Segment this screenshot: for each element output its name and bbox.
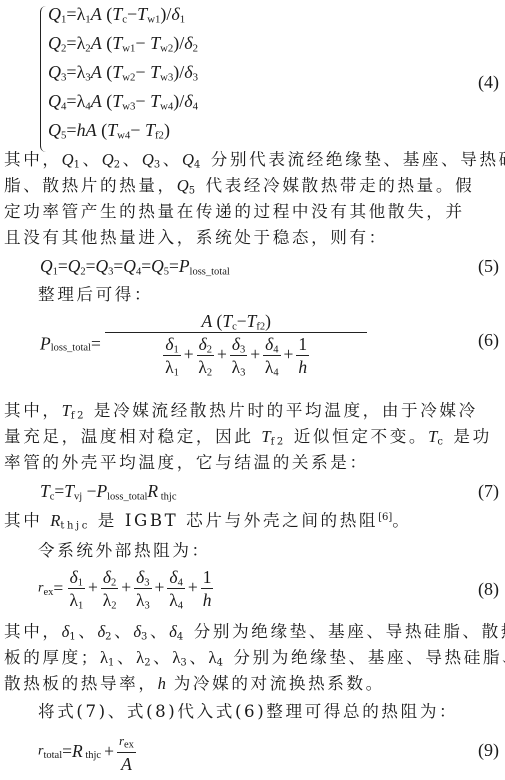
paragraph-line: 其中，Q1、Q2、Q3、Q4 分别代表流经绝缘垫、基座、导热硅 [4,147,505,173]
equation-4-line-1: Q1=λ1A (Tc−Tw1)/δ1 [48,4,185,25]
equation-4-line-3: Q3=λ3A (Tw2− Tw3)/δ3 [48,62,198,83]
text: 代表经冷媒散热带走的热量。假 [206,176,475,195]
paragraph-line: 整理后可得： [38,282,505,308]
left-brace [40,6,47,152]
text: 其中 [4,511,42,530]
equation-4-line-5: Q5=hA (Tw4− Tf2) [48,120,170,141]
paragraph-line: 散热板的热导率，h 为冷媒的对流换热系数。 [4,671,505,697]
text: 板的厚度； [4,648,100,667]
paragraph-line: 令系统外部热阻为： [38,538,505,564]
text: 脂、散热片的热量， [4,176,177,195]
text: 分别为绝缘垫、基座、导热硅脂、 [233,648,505,667]
text: 近似恒定不变。 [294,427,428,446]
text: 其中， [4,622,62,641]
paragraph-line: 其中 Rthjc 是 IGBT 芯片与外壳之间的热阻[6]。 [4,505,505,534]
paragraph-line: 且没有其他热量进入，系统处于稳态，则有： [4,225,505,251]
equation-6: Ploss_total= A (Tc−Tf2) δ1λ1+δ2λ2+δ3λ3+δ… [40,310,505,378]
equation-9: rtotal=R thjc+rexA [38,728,505,775]
paragraph-line: 定功率管产生的热量在传递的过程中没有其他散失，并 [4,199,505,225]
paragraph-line: 其中，Tf2 是冷媒流经散热片时的平均温度，由于冷媒冷 [4,398,505,424]
equation-7: Tc=Tvj −Ploss_totalR thjc [40,481,505,502]
equation-4-line-2: Q2=λ2A (Tw1− Tw2)/δ2 [48,33,198,54]
text: 是 IGBT 芯片与外壳之间的热阻 [98,511,378,530]
equation-4-system: Q1=λ1A (Tc−Tw1)/δ1 Q2=λ2A (Tw1− Tw2)/δ2 … [40,2,260,154]
paragraph-line: 将式(7)、式(8)代入式(6)整理可得总的热阻为： [38,699,505,725]
citation[interactable]: [6] [378,512,392,523]
equation-4-line-4: Q4=λ4A (Tw3− Tw4)/δ4 [48,91,198,112]
text: 分别为绝缘垫、基座、导热硅脂、散热 [194,622,505,641]
equation-9-number: (9) [478,740,499,761]
text: 量充足，温度相对稳定，因此 [4,427,254,446]
equation-8: rex= δ1λ1+δ2λ2+δ3λ3+δ4λ4+1h [38,566,505,611]
equation-6-number: (6) [478,330,499,351]
text: 其中， [4,401,62,420]
text: 分别代表流经绝缘垫、基座、导热硅 [211,150,505,169]
equation-7-number: (7) [478,481,499,502]
text: 为冷媒的对流换热系数。 [174,674,385,693]
text: 散热板的热导率， [4,674,158,693]
text: 。 [392,511,411,530]
equation-4-number: (4) [478,72,499,93]
paragraph-line: 板的厚度；λ1、λ2、λ3、λ4 分别为绝缘垫、基座、导热硅脂、 [4,645,505,671]
equation-5-number: (5) [478,256,499,277]
paragraph-line: 其中，δ1、δ2、δ3、δ4 分别为绝缘垫、基座、导热硅脂、散热 [4,619,505,645]
text: 是功 [453,427,491,446]
text: 其中， [4,150,62,169]
text: 是冷媒流经散热片时的平均温度，由于冷媒冷 [94,401,478,420]
paragraph-line: 脂、散热片的热量，Q5 代表经冷媒散热带走的热量。假 [4,173,505,199]
equation-8-number: (8) [478,579,499,600]
paragraph-line: 量充足，温度相对稳定，因此 Tf2 近似恒定不变。Tc 是功 [4,424,505,450]
equation-5: Q1=Q2=Q3=Q4=Q5=Ploss_total [40,256,505,277]
paragraph-line: 率管的外壳平均温度，它与结温的关系是： [4,450,505,476]
